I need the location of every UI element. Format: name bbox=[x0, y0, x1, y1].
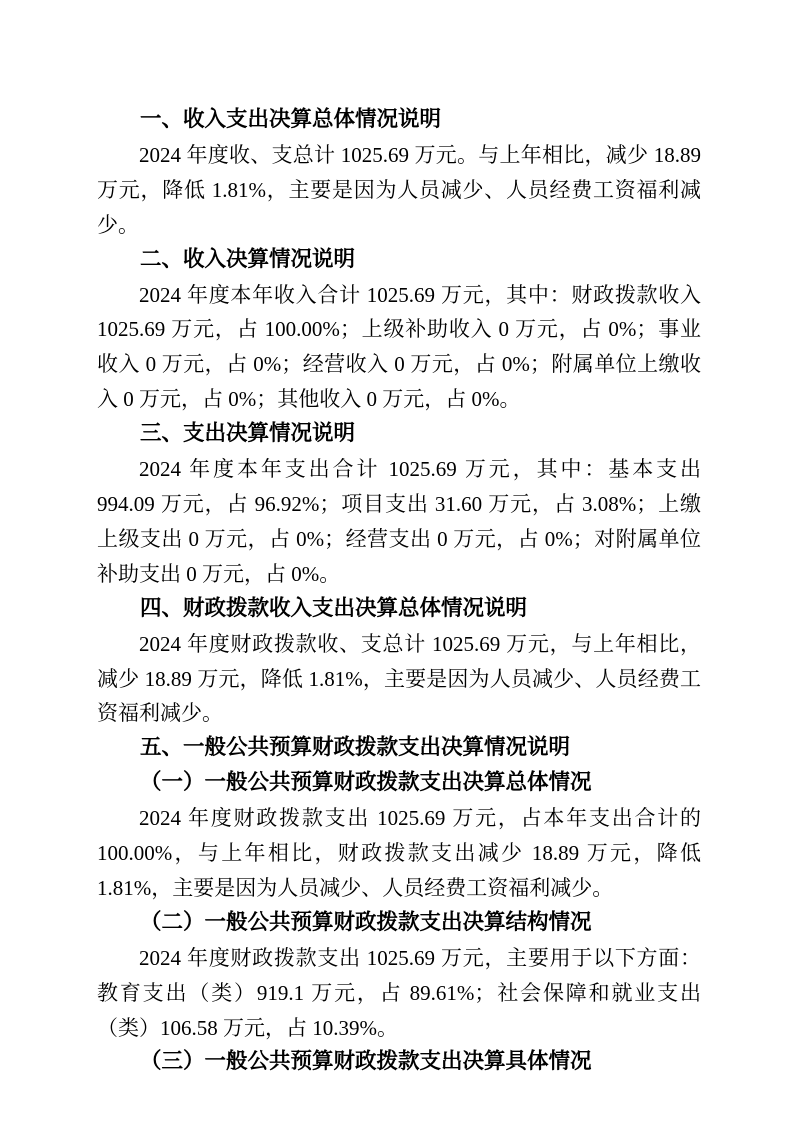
section-2-heading: 二、收入决算情况说明 bbox=[97, 243, 701, 278]
section-3-heading: 三、支出决算情况说明 bbox=[97, 417, 701, 452]
section-5-sub-2-paragraph: 2024 年度财政拨款支出 1025.69 万元，主要用于以下方面：教育支出（类… bbox=[97, 941, 701, 1046]
section-1-paragraph: 2024 年度收、支总计 1025.69 万元。与上年相比，减少 18.89 万… bbox=[97, 138, 701, 243]
document-body: 一、收入支出决算总体情况说明 2024 年度收、支总计 1025.69 万元。与… bbox=[97, 103, 701, 1080]
section-5-sub-1-heading: （一）一般公共预算财政拨款支出决算总体情况 bbox=[97, 766, 701, 801]
section-3-paragraph: 2024 年度本年支出合计 1025.69 万元，其中：基本支出 994.09 … bbox=[97, 452, 701, 592]
section-4-paragraph: 2024 年度财政拨款收、支总计 1025.69 万元，与上年相比，减少 18.… bbox=[97, 627, 701, 732]
section-4-heading: 四、财政拨款收入支出决算总体情况说明 bbox=[97, 592, 701, 627]
section-5-heading: 五、一般公共预算财政拨款支出决算情况说明 bbox=[97, 731, 701, 766]
document-page: 一、收入支出决算总体情况说明 2024 年度收、支总计 1025.69 万元。与… bbox=[0, 0, 793, 1122]
section-5-sub-1-paragraph: 2024 年度财政拨款支出 1025.69 万元，占本年支出合计的 100.00… bbox=[97, 801, 701, 906]
section-5-sub-3-heading: （三）一般公共预算财政拨款支出决算具体情况 bbox=[97, 1045, 701, 1080]
section-1-heading: 一、收入支出决算总体情况说明 bbox=[97, 103, 701, 138]
section-5-sub-2-heading: （二）一般公共预算财政拨款支出决算结构情况 bbox=[97, 906, 701, 941]
section-2-paragraph: 2024 年度本年收入合计 1025.69 万元，其中：财政拨款收入 1025.… bbox=[97, 278, 701, 418]
